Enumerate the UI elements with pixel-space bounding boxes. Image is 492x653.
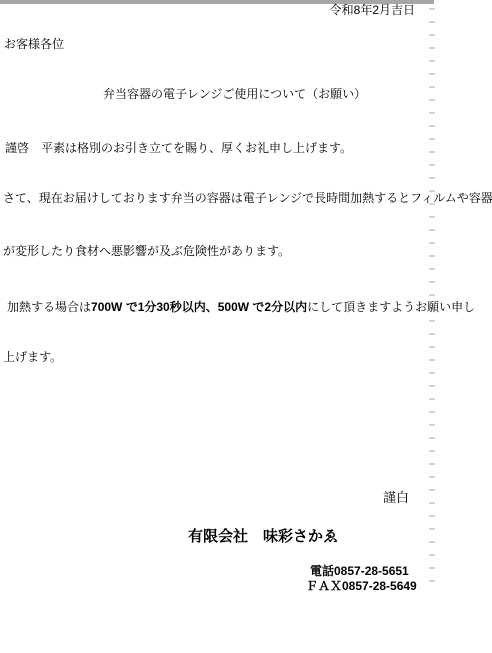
body-paragraph1-line1: さて、現在お届けしております弁当の容器は電子レンジで長時間加熱するとフィルムや容… xyxy=(3,191,492,205)
fax-number: ＦＡＸ0857-28-5649 xyxy=(306,579,417,593)
letter-page: 令和8年2月吉日 お客様各位 弁当容器の電子レンジご使用について（お願い） 謹啓… xyxy=(0,0,492,653)
right-margin-marks xyxy=(429,8,435,590)
paragraph2-suffix: にして頂きますようお願い申し xyxy=(307,300,475,314)
greeting-line: 謹啓 平素は格別のお引き立てを賜り、厚くお礼申し上げます。 xyxy=(5,141,352,155)
body-paragraph2-line1: 加熱する場合は700W で1分30秒以内、500W で2分以内にして頂きますよう… xyxy=(7,300,475,314)
letter-title: 弁当容器の電子レンジご使用について（お願い） xyxy=(103,87,366,101)
closing-word: 謹白 xyxy=(383,491,409,505)
company-name: 有限会社 味彩さかゑ xyxy=(188,530,338,544)
body-paragraph1-line2: が変形したり食材へ悪影響が及ぶ危険性があります。 xyxy=(3,244,290,258)
paragraph2-heating-instructions: 700W で1分30秒以内、500W で2分以内 xyxy=(91,300,307,314)
body-paragraph2-line2: 上げます。 xyxy=(3,350,62,364)
telephone-number: 電話0857-28-5651 xyxy=(310,564,409,578)
paragraph2-prefix: 加熱する場合は xyxy=(7,300,91,314)
date-line: 令和8年2月吉日 xyxy=(0,3,415,17)
recipient-line: お客様各位 xyxy=(4,37,64,51)
